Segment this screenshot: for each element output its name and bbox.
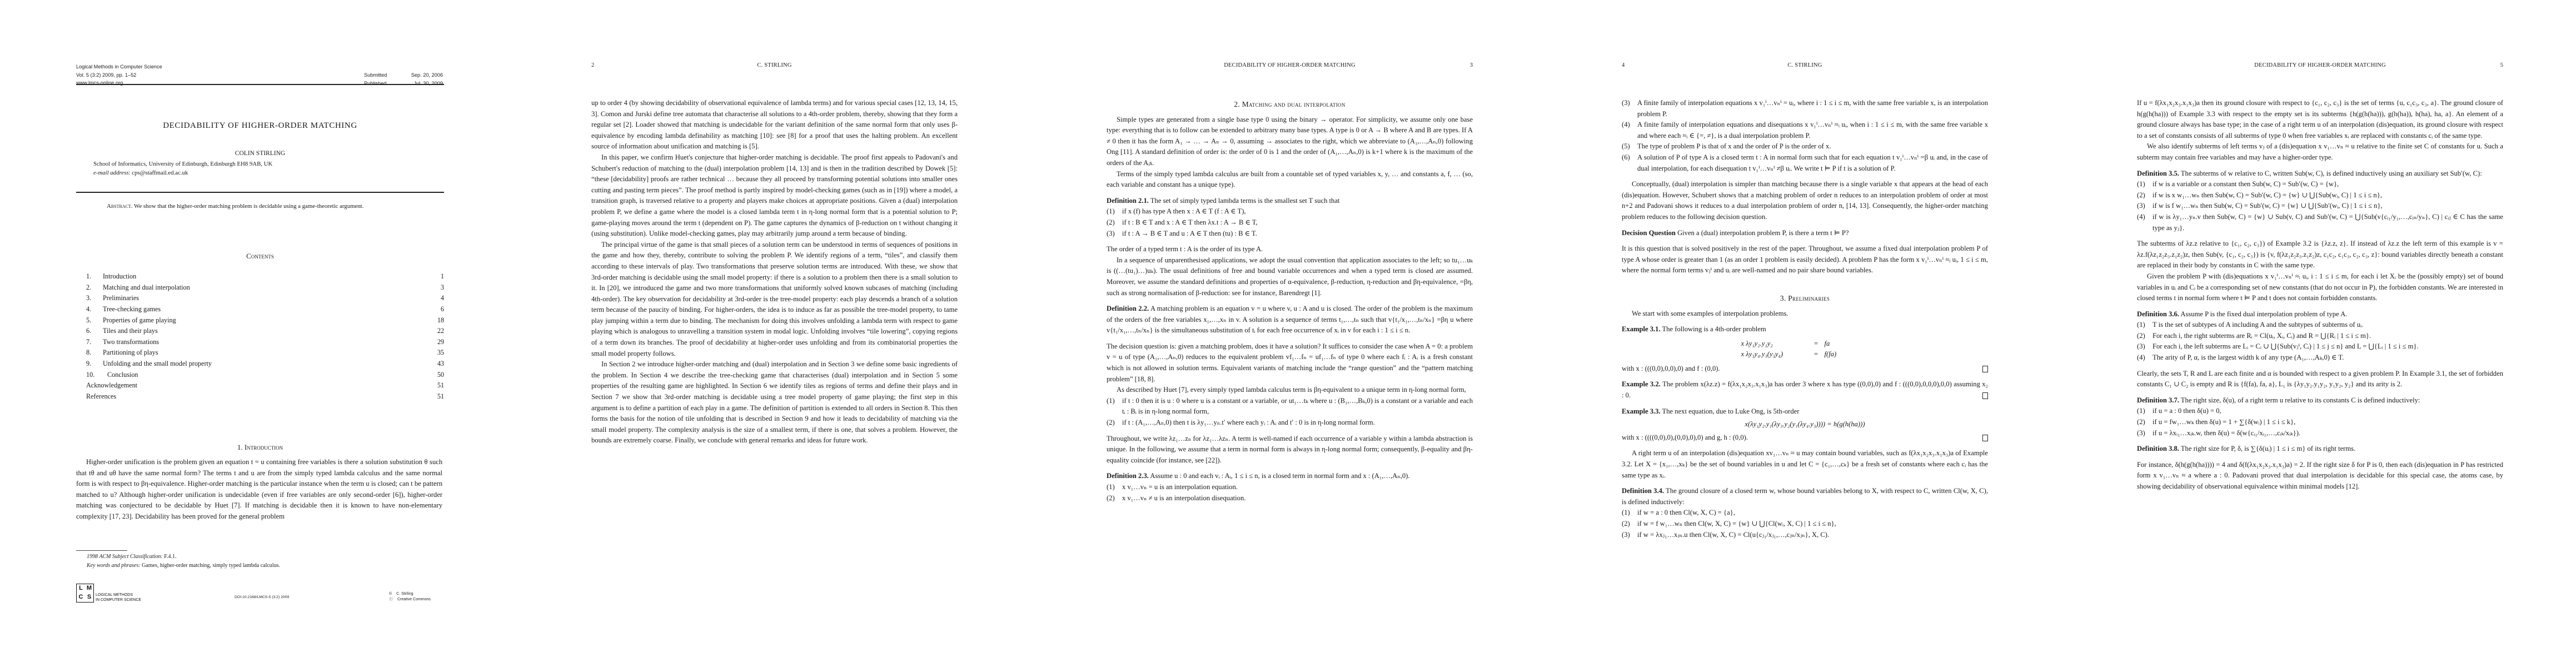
body-paragraph: The subterms of λz.z relative to {c₁, c₂… xyxy=(2137,238,2503,271)
lmcs-footer-logo: L M C S LOGICAL METHODS IN COMPUTER SCIE… xyxy=(76,584,141,603)
page-1: Logical Methods in Computer Science Vol.… xyxy=(0,0,515,667)
toc-title: Acknowledgement xyxy=(86,381,427,390)
affiliation-text: School of Informatics, University of Edi… xyxy=(93,160,272,168)
item-text: A solution of P of type A is a closed te… xyxy=(1637,152,1988,174)
item-label: (1) xyxy=(1622,507,1637,519)
list-item: (2)if w is x w₁…wₙ then Sub(w, C) = Sub′… xyxy=(2137,190,2503,201)
item-text: if t : B ∈ T and x : A ∈ T then λx.t : A… xyxy=(1122,217,1473,228)
list-item: (1)x v₁…vₙ = u is an interpolation equat… xyxy=(1107,482,1473,493)
toc-entry[interactable]: 4.Tree-checking games6 xyxy=(86,304,444,315)
item-label: (3) xyxy=(1622,98,1637,120)
list-item: (2)if u = fw₁…wₖ then δ(u) = 1 + ∑{δ(wᵢ)… xyxy=(2137,417,2503,428)
example-text: The next equation, due to Luke Ong, is 5… xyxy=(1661,407,1800,415)
equation-lhs: x λy₃y₄.y₃(y₃y₄) xyxy=(1741,349,1808,360)
item-text: if t : 0 then it is u : 0 where u is a c… xyxy=(1122,396,1473,417)
equation-rhs: fa xyxy=(1825,339,1869,350)
toc-num: 8. xyxy=(86,349,103,357)
item-label: (2) xyxy=(1107,493,1122,504)
toc-entry[interactable]: 9.Unfolding and the small model property… xyxy=(86,359,444,370)
decision-question-text: Given a (dual) interpolation problem P, … xyxy=(1676,229,1849,237)
example-label: Example 3.3. xyxy=(1622,407,1661,415)
definition-text: The ground closure of a closed term w, w… xyxy=(1622,487,1988,506)
toc-num: 4. xyxy=(86,305,103,313)
qed-box-icon xyxy=(1982,435,1988,441)
publisher-line: IN COMPUTER SCIENCE xyxy=(96,598,141,603)
toc-num: 1. xyxy=(86,272,103,281)
item-text: T is the set of subtypes of A including … xyxy=(2153,320,2503,331)
section-heading-preliminaries: 3. Preliminaries xyxy=(1622,293,1988,304)
body-paragraph: As described by Huet [7], every simply t… xyxy=(1107,385,1473,396)
list-item: (1)T is the set of subtypes of A includi… xyxy=(2137,320,2503,331)
item-text: The type of problem P is that of x and t… xyxy=(1637,141,1988,152)
body-paragraph: If u = f(λx₁x₂x₃.x₁x₃)a then its ground … xyxy=(2137,98,2503,141)
logo-letter: M xyxy=(85,584,93,593)
example-3-2: Example 3.2. The problem x(λz.z) = f(λx₁… xyxy=(1622,379,1988,401)
item-label: (5) xyxy=(1622,141,1637,152)
item-label: (2) xyxy=(1107,217,1122,228)
list-item: (3)if t : A → B ∈ T and u : A ∈ T then (… xyxy=(1107,228,1473,240)
toc-title: Conclusion xyxy=(107,371,427,379)
abstract-rule xyxy=(76,192,444,193)
page-number: 3 xyxy=(1470,62,1473,68)
page-5-body: If u = f(λx₁x₂x₃.x₁x₃)a then its ground … xyxy=(2137,98,2503,492)
item-text: x v₁…vₙ ≠ u is an interpolation disequat… xyxy=(1122,493,1473,504)
item-label: (4) xyxy=(2137,212,2153,233)
toc-num: 9. xyxy=(86,360,103,368)
item-label: (2) xyxy=(2137,331,2153,342)
definition-text: Assume P is the fixed dual interpolation… xyxy=(2179,310,2347,318)
abstract: Abstract. We show that the higher-order … xyxy=(107,202,412,211)
toc-entry[interactable]: 8.Partitioning of plays35 xyxy=(86,347,444,359)
body-paragraph: A right term u of an interpolation (dis)… xyxy=(1622,448,1988,481)
copyright-block: ©C. Stirling ⓒCreative Commons xyxy=(389,591,431,603)
list-item: (6)A solution of P of type A is a closed… xyxy=(1622,152,1988,174)
acm-label: 1998 ACM Subject Classification: xyxy=(87,554,163,560)
item-label: (1) xyxy=(1107,396,1122,417)
acm-value: F.4.1. xyxy=(163,554,177,560)
toc-page: 35 xyxy=(427,349,444,357)
item-label: (1) xyxy=(2137,406,2153,417)
doi[interactable]: DOI:10.2168/LMCS-5 (3:2) 2009 xyxy=(235,595,289,599)
item-text: if w is x w₁…wₙ then Sub(w, C) = Sub′(w,… xyxy=(2153,190,2503,201)
logo-letter: C xyxy=(77,593,85,602)
list-item: (1)if w is a variable or a constant then… xyxy=(2137,179,2503,190)
page-3: DECIDABILITY OF HIGHER-ORDER MATCHING 3 … xyxy=(1030,0,1546,667)
toc-title: References xyxy=(86,392,427,401)
toc-num: 10. xyxy=(86,371,107,379)
item-label: (2) xyxy=(1107,417,1122,429)
paper-title: DECIDABILITY OF HIGHER-ORDER MATCHING xyxy=(76,121,444,131)
definition-label: Definition 3.6. xyxy=(2137,310,2179,318)
display-equation: x(λy₁y₂.y₁(λy₃.y₂(y₁(λy₄.y₃)))) = h(g(h(… xyxy=(1622,419,1988,430)
example-text: The problem x(λz.z) = f(λx₁x₂x₃.x₁x₃)a h… xyxy=(1622,380,1988,399)
paper-author: COLIN STIRLING xyxy=(76,150,444,157)
toc-entry[interactable]: References51 xyxy=(86,391,444,402)
item-label: (1) xyxy=(2137,320,2153,331)
item-label: (2) xyxy=(2137,417,2153,428)
definition-2-1: Definition 2.1. The set of simply typed … xyxy=(1107,196,1473,207)
item-label: (3) xyxy=(1107,228,1122,240)
example-text: with x : (((0,0),0,0),0) and f : (0,0). xyxy=(1622,365,1720,372)
example-with-line: with x : (((0,0),0,0),0) and f : (0,0). xyxy=(1622,364,1988,375)
keywords-value: Games, higher-order matching, simply typ… xyxy=(141,563,280,569)
item-label: (3) xyxy=(1622,530,1637,541)
example-label: Example 3.2. xyxy=(1622,380,1661,388)
item-label: (2) xyxy=(1622,519,1637,530)
definition-2-3: Definition 2.3. Assume u : 0 and each vᵢ… xyxy=(1107,471,1473,482)
running-head-title: C. STIRLING xyxy=(591,62,958,68)
list-item: (3)if u = λxᵢ₁…xᵢₖ.w, then δ(u) = δ(w{cᵢ… xyxy=(2137,428,2503,439)
qed-box-icon xyxy=(1982,392,1988,399)
list-item: (2)if w = f w₁…wₙ then Cl(w, X, C) = {w}… xyxy=(1622,519,1988,530)
journal-name: Logical Methods in Computer Science xyxy=(76,63,162,71)
published-date: Jul. 30, 2009 xyxy=(403,79,443,88)
body-paragraph: In a sequence of unparenthesised applica… xyxy=(1107,255,1473,298)
item-text: if t : (A₁,…,Aₙ,0) then t is λy₁…yₙ.t′ w… xyxy=(1122,417,1473,429)
author-affiliation: School of Informatics, University of Edi… xyxy=(93,160,272,177)
running-header: DECIDABILITY OF HIGHER-ORDER MATCHING 5 xyxy=(2137,62,2503,71)
section-heading-matching: 2. Matching and dual interpolation xyxy=(1107,99,1473,110)
body-paragraph: The order of a typed term t : A is the o… xyxy=(1107,244,1473,255)
body-paragraph: Simple types are generated from a single… xyxy=(1107,115,1473,169)
display-equations: x λy₁y₂.y₁y₂=fa x λy₃y₄.y₃(y₃y₄)=f(fa) xyxy=(1622,339,1988,360)
toc-title: Introduction xyxy=(103,272,427,281)
item-label: (6) xyxy=(1622,152,1637,174)
definition-text: Assume u : 0 and each vᵢ : Aᵢ, 1 ≤ i ≤ n… xyxy=(1149,472,1410,480)
definition-label: Definition 2.2. xyxy=(1107,305,1149,312)
journal-volume: Vol. 5 (3:2) 2009, pp. 1–52 xyxy=(76,71,162,79)
decision-question-label: Decision Question xyxy=(1622,229,1676,237)
item-text: if u = fw₁…wₖ then δ(u) = 1 + ∑{δ(wᵢ) | … xyxy=(2153,417,2503,428)
definition-text: The subterms of w relative to C, written… xyxy=(2179,170,2482,177)
example-3-3: Example 3.3. The next equation, due to L… xyxy=(1622,406,1988,417)
definition-label: Definition 3.8. xyxy=(2137,445,2179,452)
published-label: Published xyxy=(364,79,403,88)
list-item: (4)A finite family of interpolation equa… xyxy=(1622,120,1988,141)
page-4: 4 C. STIRLING (3)A finite family of inte… xyxy=(1546,0,2061,667)
list-item: (2)if t : B ∈ T and x : A ∈ T then λx.t … xyxy=(1107,217,1473,228)
lmcs-logo-icon: L M C S xyxy=(76,584,94,603)
email-address[interactable]: : cps@staffmail.ed.ac.uk xyxy=(128,170,188,176)
body-paragraph: up to order 4 (by showing decidability o… xyxy=(591,98,958,152)
keywords-label: Key words and phrases: xyxy=(87,563,141,569)
running-head-title: C. STIRLING xyxy=(1622,62,1988,68)
item-label: (1) xyxy=(1107,482,1122,493)
toc-num: 6. xyxy=(86,327,103,335)
journal-url[interactable]: www.lmcs-online.org xyxy=(76,79,162,87)
toc-entry[interactable]: 6.Tiles and their plays22 xyxy=(86,326,444,337)
running-head-title: DECIDABILITY OF HIGHER-ORDER MATCHING xyxy=(1107,62,1473,68)
list-item: (3)if w is f w₁…wₙ then Sub(w, C) = Sub′… xyxy=(2137,201,2503,212)
toc-page: 22 xyxy=(427,327,444,335)
submitted-label: Submitted xyxy=(364,71,403,79)
definition-3-8: Definition 3.8. The right size for P, δ,… xyxy=(2137,444,2503,455)
definition-label: Definition 2.1. xyxy=(1107,197,1149,205)
list-item: (4)if w is λy₁…yₙ.v then Sub(w, C) = {w}… xyxy=(2137,212,2503,233)
toc-entry[interactable]: 2.Matching and dual interpolation3 xyxy=(86,282,444,293)
example-label: Example 3.1. xyxy=(1622,325,1661,333)
list-item: (1)if x (f) has type A then x : A ∈ T (f… xyxy=(1107,206,1473,217)
abstract-label: Abstract. xyxy=(107,203,133,210)
header-rule xyxy=(76,84,444,85)
item-text: if w is f w₁…wₙ then Sub(w, C) = Sub′(w,… xyxy=(2153,201,2503,212)
toc-title: Properties of game playing xyxy=(103,316,427,325)
page-2-body: up to order 4 (by showing decidability o… xyxy=(591,98,958,446)
running-header: 2 C. STIRLING xyxy=(591,62,958,71)
item-text: A finite family of interpolation equatio… xyxy=(1637,120,1988,141)
definition-text: The set of simply typed lambda terms is … xyxy=(1149,197,1339,205)
list-item: (1)if u = a : 0 then δ(u) = 0, xyxy=(2137,406,2503,417)
definition-label: Definition 3.4. xyxy=(1622,487,1664,495)
toc-page: 50 xyxy=(427,371,444,379)
email-label: e-mail address xyxy=(93,170,128,176)
list-item: (2)if t : (A₁,…,Aₙ,0) then t is λy₁…yₙ.t… xyxy=(1107,417,1473,429)
list-item: (2)x v₁…vₙ ≠ u is an interpolation diseq… xyxy=(1107,493,1473,504)
body-paragraph: Given the problem P with (dis)equations … xyxy=(2137,271,2503,304)
toc-page: 43 xyxy=(427,360,444,368)
item-text: if u = λxᵢ₁…xᵢₖ.w, then δ(u) = δ(w{cᵢ₁/x… xyxy=(2153,428,2503,439)
item-text: if w = λxⱼ₁…xⱼₙ.u then Cl(w, X, C) = Cl(… xyxy=(1637,530,1988,541)
toc-page: 3 xyxy=(427,283,444,292)
example-3-1: Example 3.1. The following is a 4th-orde… xyxy=(1622,324,1988,335)
definition-2-2: Definition 2.2. A matching problem is an… xyxy=(1107,303,1473,336)
item-text: if w is a variable or a constant then Su… xyxy=(2153,179,2503,190)
toc-page: 6 xyxy=(427,305,444,313)
equation-op: = xyxy=(1808,349,1825,360)
toc-entry[interactable]: Acknowledgement51 xyxy=(86,380,444,391)
example-text: The following is a 4th-order problem xyxy=(1661,325,1766,333)
journal-info: Logical Methods in Computer Science Vol.… xyxy=(76,63,162,87)
item-label: (4) xyxy=(1622,120,1637,141)
toc-page: 51 xyxy=(427,381,444,390)
item-label: (4) xyxy=(2137,352,2153,364)
footnotes: 1998 ACM Subject Classification: F.4.1. … xyxy=(87,552,280,570)
body-paragraph: Terms of the simply typed lambda calculu… xyxy=(1107,169,1473,191)
item-label: (1) xyxy=(1107,206,1122,217)
list-item: (4)The arity of P, α, is the largest wid… xyxy=(2137,352,2503,364)
page-3-body: 2. Matching and dual interpolation Simpl… xyxy=(1107,99,1473,504)
list-item: (1)if t : 0 then it is u : 0 where u is … xyxy=(1107,396,1473,417)
item-text: if w = f w₁…wₙ then Cl(w, X, C) = {w} ∪ … xyxy=(1637,519,1988,530)
equation-lhs: x λy₁y₂.y₁y₂ xyxy=(1741,339,1808,350)
copyright-holder: C. Stirling xyxy=(396,591,413,597)
section-heading-introduction: 1. Introduction xyxy=(76,443,444,452)
table-of-contents: 1.Introduction1 2.Matching and dual inte… xyxy=(86,271,444,402)
example-text: with x : ((((0,0),0),(0,0),0),0) and g, … xyxy=(1622,434,1748,441)
item-text: if x (f) has type A then x : A ∈ T (f : … xyxy=(1122,206,1473,217)
license-text[interactable]: Creative Commons xyxy=(397,597,431,603)
item-label: (2) xyxy=(2137,190,2153,201)
body-paragraph: The principal virtue of the game is that… xyxy=(591,240,958,360)
item-label: (3) xyxy=(2137,428,2153,439)
item-text: For each i, the left subterms are Lᵢ = C… xyxy=(2153,341,2503,352)
toc-num: 5. xyxy=(86,316,103,325)
copyright-icon: © xyxy=(389,591,392,597)
logo-letter: S xyxy=(85,593,93,602)
toc-entry[interactable]: 10.Conclusion50 xyxy=(86,369,444,380)
definition-3-7: Definition 3.7. The right size, δ(u), of… xyxy=(2137,395,2503,406)
equation-rhs: f(fa) xyxy=(1825,349,1869,360)
item-text: if u = a : 0 then δ(u) = 0, xyxy=(2153,406,2503,417)
toc-num: 7. xyxy=(86,338,103,346)
item-text: if w = a : 0 then Cl(w, X, C) = {a}, xyxy=(1637,507,1988,519)
intro-paragraph: Higher-order unification is the problem … xyxy=(76,457,442,522)
body-paragraph: Conceptually, (dual) interpolation is si… xyxy=(1622,179,1988,222)
creative-commons-icon: ⓒ xyxy=(389,597,393,603)
list-item: (1)if w = a : 0 then Cl(w, X, C) = {a}, xyxy=(1622,507,1988,519)
definition-3-6: Definition 3.6. Assume P is the fixed du… xyxy=(2137,309,2503,320)
definition-text: The right size, δ(u), of a right term u … xyxy=(2179,396,2420,404)
item-text: A finite family of interpolation equatio… xyxy=(1637,98,1988,120)
toc-page: 29 xyxy=(427,338,444,346)
toc-entry[interactable]: 1.Introduction1 xyxy=(86,271,444,282)
toc-num: 2. xyxy=(86,283,103,292)
running-header: 4 C. STIRLING xyxy=(1622,62,1988,71)
body-paragraph: Throughout, we write λz₁…zₙ for λz₁…λzₙ.… xyxy=(1107,434,1473,466)
example-with-line: with x : ((((0,0),0),(0,0),0),0) and g, … xyxy=(1622,432,1988,444)
toc-page: 18 xyxy=(427,316,444,325)
body-paragraph: We start with some examples of interpola… xyxy=(1622,308,1988,320)
equation-op: = xyxy=(1808,339,1825,350)
intro-body: Higher-order unification is the problem … xyxy=(76,457,442,522)
definition-3-4: Definition 3.4. The ground closure of a … xyxy=(1622,486,1988,507)
item-text: if w is λy₁…yₙ.v then Sub(w, C) = {w} ∪ … xyxy=(2153,212,2503,233)
item-text: The arity of P, α, is the largest width … xyxy=(2153,352,2503,364)
page-2: 2 C. STIRLING up to order 4 (by showing … xyxy=(515,0,1030,667)
toc-title: Two transformations xyxy=(103,338,427,346)
running-header: DECIDABILITY OF HIGHER-ORDER MATCHING 3 xyxy=(1107,62,1473,71)
toc-page: 51 xyxy=(427,392,444,401)
body-paragraph: The decision question is: given a matchi… xyxy=(1107,341,1473,385)
toc-page: 4 xyxy=(427,294,444,302)
toc-num: 3. xyxy=(86,294,103,302)
page-number: 5 xyxy=(2500,62,2503,68)
decision-question: Decision Question Given a (dual) interpo… xyxy=(1622,228,1988,239)
footnote-rule xyxy=(76,550,127,551)
toc-title: Matching and dual interpolation xyxy=(103,283,427,292)
logo-letter: L xyxy=(77,584,85,593)
body-paragraph: It is this question that is solved posit… xyxy=(1622,243,1988,276)
definition-text: A matching problem is an equation v = u … xyxy=(1107,305,1473,334)
toc-entry[interactable]: 5.Properties of game playing18 xyxy=(86,315,444,326)
toc-title: Preliminaries xyxy=(103,294,427,302)
toc-entry[interactable]: 3.Preliminaries4 xyxy=(86,293,444,304)
submitted-date: Sep. 20, 2006 xyxy=(403,71,443,79)
item-text: if t : A → B ∈ T and u : A ∈ T then (tu)… xyxy=(1122,228,1473,240)
body-paragraph: Clearly, the sets T, R and L are each fi… xyxy=(2137,369,2503,390)
toc-title: Tree-checking games xyxy=(103,305,427,313)
list-item: (3)A finite family of interpolation equa… xyxy=(1622,98,1988,120)
toc-title: Unfolding and the small model property xyxy=(103,360,427,368)
body-paragraph: We also identify subterms of left terms … xyxy=(2137,141,2503,163)
definition-label: Definition 3.7. xyxy=(2137,396,2179,404)
toc-title: Tiles and their plays xyxy=(103,327,427,335)
item-label: (1) xyxy=(2137,179,2153,190)
toc-page: 1 xyxy=(427,272,444,281)
definition-text: The right size for P, δ, is ∑{δ(uᵢ) | 1 … xyxy=(2179,445,2355,452)
page-4-body: (3)A finite family of interpolation equa… xyxy=(1622,98,1988,540)
list-item: (2)For each i, the right subterms are Rᵢ… xyxy=(2137,331,2503,342)
body-paragraph: In Section 2 we introduce higher-order m… xyxy=(591,359,958,446)
list-item: (5)The type of problem P is that of x an… xyxy=(1622,141,1988,152)
definition-label: Definition 3.5. xyxy=(2137,170,2179,177)
toc-entry[interactable]: 7.Two transformations29 xyxy=(86,337,444,348)
definition-label: Definition 2.3. xyxy=(1107,472,1149,480)
contents-heading: Contents xyxy=(76,252,444,261)
abstract-text: We show that the higher-order matching p… xyxy=(133,203,364,210)
list-item: (3)For each i, the left subterms are Lᵢ … xyxy=(2137,341,2503,352)
item-label: (3) xyxy=(2137,341,2153,352)
item-text: x v₁…vₙ = u is an interpolation equation… xyxy=(1122,482,1473,493)
running-head-title: DECIDABILITY OF HIGHER-ORDER MATCHING xyxy=(2137,62,2503,68)
item-label: (3) xyxy=(2137,201,2153,212)
list-item: (3)if w = λxⱼ₁…xⱼₙ.u then Cl(w, X, C) = … xyxy=(1622,530,1988,541)
toc-title: Partitioning of plays xyxy=(103,349,427,357)
qed-box-icon xyxy=(1982,366,1988,372)
publisher-line: LOGICAL METHODS xyxy=(96,593,141,598)
body-paragraph: For instance, δ(h(g(h(ha)))) = 4 and δ(f… xyxy=(2137,460,2503,492)
body-paragraph: In this paper, we confirm Huet's conject… xyxy=(591,152,958,240)
item-text: For each i, the right subterms are Rᵢ = … xyxy=(2153,331,2503,342)
definition-3-5: Definition 3.5. The subterms of w relati… xyxy=(2137,168,2503,180)
page-5: DECIDABILITY OF HIGHER-ORDER MATCHING 5 … xyxy=(2061,0,2576,667)
